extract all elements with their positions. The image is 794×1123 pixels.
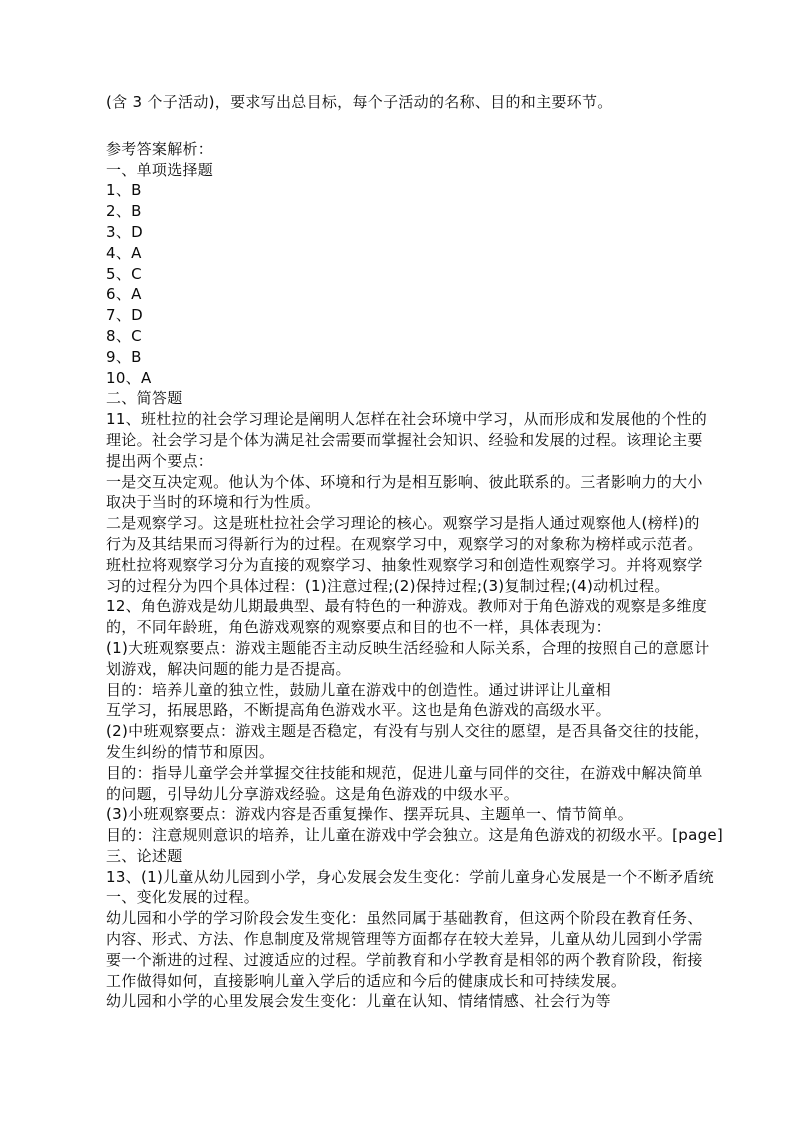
- q11-line-7: 行为及其结果而习得新行为的过程。在观察学习中，观察学习的对象称为榜样或示范者。: [106, 534, 706, 555]
- choice-answer-10: 10、A: [106, 368, 706, 389]
- q12-line-8: 发生纠纷的情节和原因。: [106, 742, 706, 763]
- blank-line: [106, 113, 706, 139]
- q12-line-1: 12、角色游戏是幼儿期最典型、最有特色的一种游戏。教师对于角色游戏的观察是多维度: [106, 596, 706, 617]
- section-essay-heading: 三、论述题: [106, 846, 706, 867]
- q13-line-3: 幼儿园和小学的学习阶段会发生变化：虽然同属于基础教育，但这两个阶段在教育任务、: [106, 908, 706, 929]
- choice-answer-1: 1、B: [106, 180, 706, 201]
- q12-line-6: 互学习，拓展思路，不断提高角色游戏水平。这也是角色游戏的高级水平。: [106, 700, 706, 721]
- q12-line-12: 目的：注意规则意识的培养，让儿童在游戏中学会独立。这是角色游戏的初级水平。[pa…: [106, 825, 706, 846]
- answer-key-title: 参考答案解析：: [106, 139, 706, 160]
- q13-line-1: 13、(1)儿童从幼儿园到小学，身心发展会发生变化：学前儿童身心发展是一个不断矛…: [106, 867, 706, 888]
- choice-answer-3: 3、D: [106, 222, 706, 243]
- q12-line-11: (3)小班观察要点：游戏内容是否重复操作、摆弄玩具、主题单一、情节简单。: [106, 804, 706, 825]
- q11-line-1: 11、班杜拉的社会学习理论是阐明人怎样在社会环境中学习，从而形成和发展他的个性的: [106, 409, 706, 430]
- q11-line-2: 理论。社会学习是个体为满足社会需要而掌握社会知识、经验和发展的过程。该理论主要: [106, 430, 706, 451]
- q11-line-4: 一是交互决定观。他认为个体、环境和行为是相互影响、彼此联系的。三者影响力的大小: [106, 472, 706, 493]
- choice-answer-7: 7、D: [106, 305, 706, 326]
- choice-answer-2: 2、B: [106, 201, 706, 222]
- q12-line-2: 的，不同年龄班，角色游戏观察的观察要点和目的也不一样，具体表现为：: [106, 617, 706, 638]
- document-page: (含 3 个子活动)，要求写出总目标，每个子活动的名称、目的和主要环节。 参考答…: [0, 0, 794, 1123]
- choice-answer-4: 4、A: [106, 243, 706, 264]
- section-short-answer-heading: 二、简答题: [106, 388, 706, 409]
- q12-line-7: (2)中班观察要点：游戏主题是否稳定，有没有与别人交往的愿望，是否具备交往的技能…: [106, 721, 706, 742]
- intro-line: (含 3 个子活动)，要求写出总目标，每个子活动的名称、目的和主要环节。: [106, 92, 706, 113]
- choice-answer-6: 6、A: [106, 284, 706, 305]
- q12-line-9: 目的：指导儿童学会并掌握交往技能和规范，促进儿童与同伴的交往，在游戏中解决简单: [106, 763, 706, 784]
- q11-line-6: 二是观察学习。这是班杜拉社会学习理论的核心。观察学习是指人通过观察他人(榜样)的: [106, 513, 706, 534]
- q11-line-9: 习的过程分为四个具体过程：(1)注意过程;(2)保持过程;(3)复制过程;(4)…: [106, 576, 706, 597]
- section-choice-heading: 一、单项选择题: [106, 160, 706, 181]
- document-body: (含 3 个子活动)，要求写出总目标，每个子活动的名称、目的和主要环节。 参考答…: [106, 92, 706, 1012]
- q12-line-3: (1)大班观察要点：游戏主题能否主动反映生活经验和人际关系，合理的按照自己的意愿…: [106, 638, 706, 659]
- q13-line-2: 一、变化发展的过程。: [106, 887, 706, 908]
- q13-line-6: 工作做得如何，直接影响儿童入学后的适应和今后的健康成长和可持续发展。: [106, 971, 706, 992]
- q13-line-4: 内容、形式、方法、作息制度及常规管理等方面都存在较大差异，儿童从幼儿园到小学需: [106, 929, 706, 950]
- q12-line-10: 的问题，引导幼儿分享游戏经验。这是角色游戏的中级水平。: [106, 784, 706, 805]
- q12-line-5: 目的：培养儿童的独立性，鼓励儿童在游戏中的创造性。通过讲评让儿童相: [106, 680, 706, 701]
- q11-line-5: 取决于当时的环境和行为性质。: [106, 492, 706, 513]
- q13-line-7: 幼儿园和小学的心里发展会发生变化：儿童在认知、情绪情感、社会行为等: [106, 991, 706, 1012]
- q11-line-8: 班杜拉将观察学习分为直接的观察学习、抽象性观察学习和创造性观察学习。并将观察学: [106, 555, 706, 576]
- q12-line-4: 划游戏，解决问题的能力是否提高。: [106, 659, 706, 680]
- choice-answer-5: 5、C: [106, 264, 706, 285]
- choice-answer-8: 8、C: [106, 326, 706, 347]
- q13-line-5: 要一个渐进的过程、过渡适应的过程。学前教育和小学教育是相邻的两个教育阶段，衔接: [106, 950, 706, 971]
- choice-answer-9: 9、B: [106, 347, 706, 368]
- q11-line-3: 提出两个要点：: [106, 451, 706, 472]
